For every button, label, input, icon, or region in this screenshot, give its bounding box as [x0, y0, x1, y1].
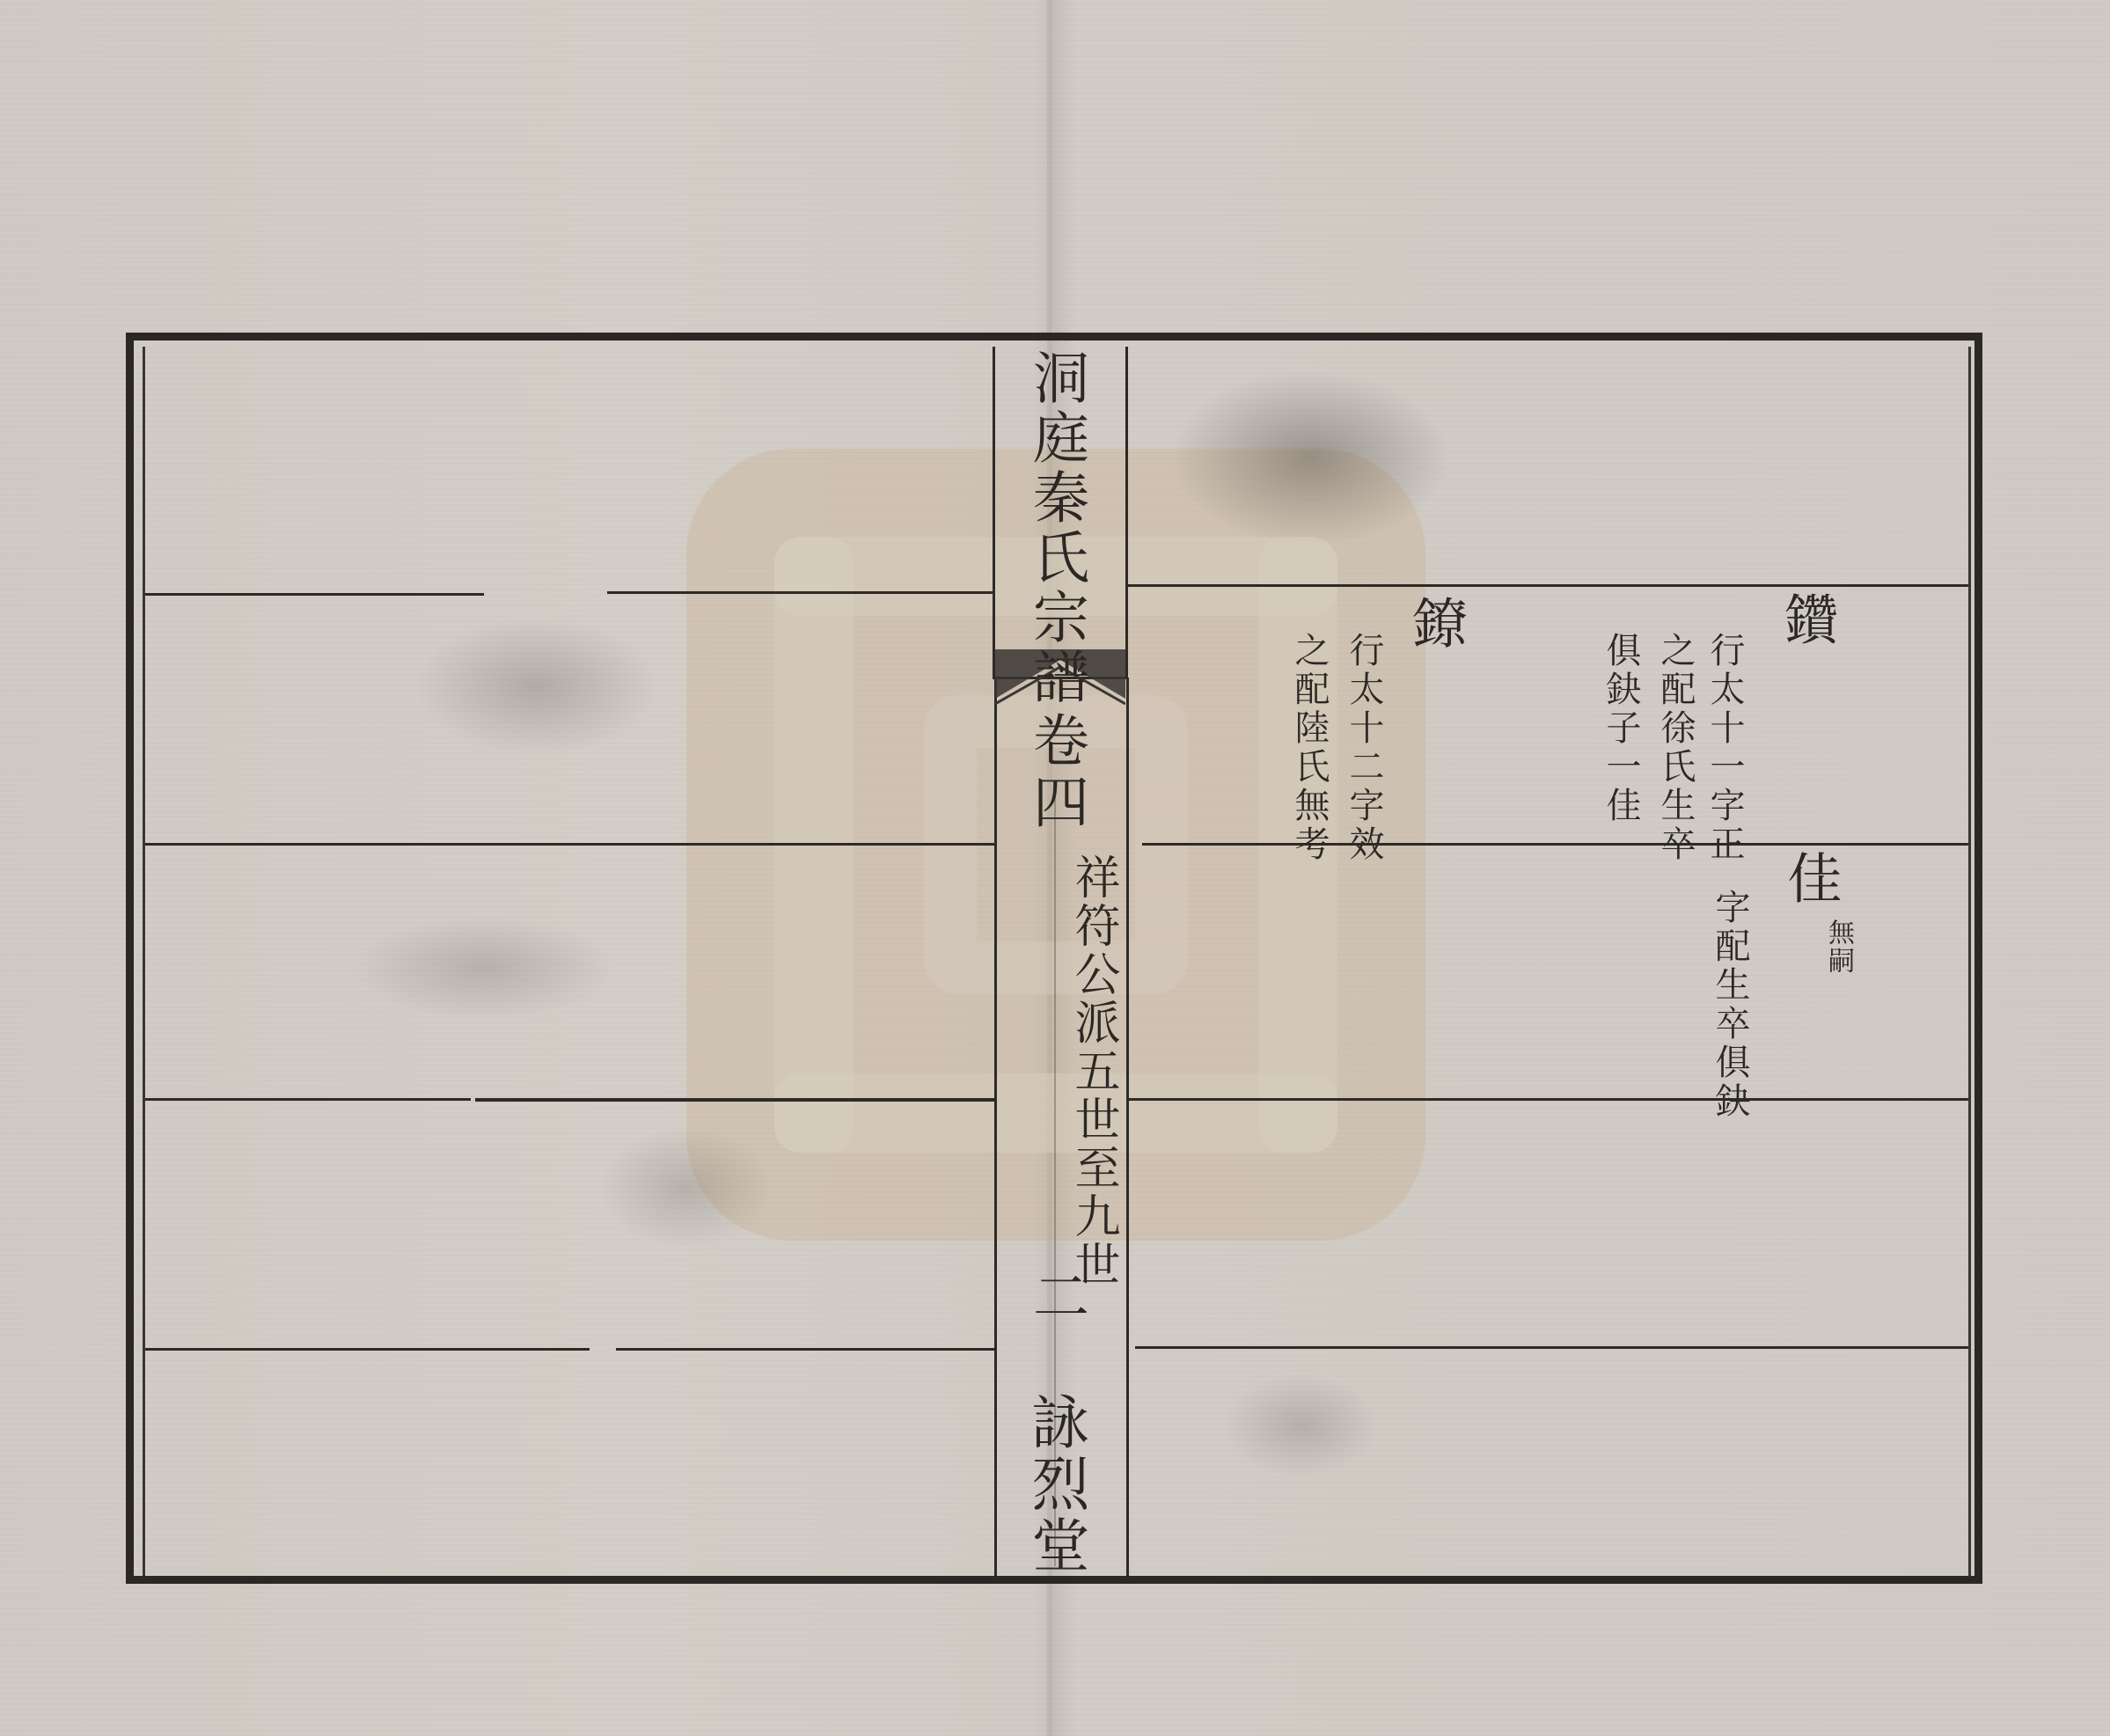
volume-label: 卷四: [1028, 711, 1084, 834]
entry-line: 字配生卒俱鈌: [1712, 889, 1747, 1121]
entry-name: 鐐: [1408, 595, 1462, 649]
entry-line: 俱鈌子一佳: [1603, 632, 1638, 825]
branch-range: 祥符公派五世至九世: [1070, 853, 1116, 1289]
left-rule-4: [145, 1348, 590, 1351]
left-rule-2: [145, 843, 994, 846]
left-rule-4b: [616, 1348, 994, 1351]
left-rule-1: [145, 593, 484, 596]
ink-bleed: [414, 616, 660, 757]
right-rule-4: [1135, 1346, 1968, 1349]
left-rule-1b: [607, 591, 994, 594]
right-rule-3: [1128, 1098, 1968, 1101]
entry-line: 行太十一字正: [1707, 632, 1742, 864]
center-left-line: [994, 678, 997, 1577]
page-number: 二: [1028, 1267, 1084, 1323]
hall-name: 詠烈堂: [1026, 1392, 1084, 1577]
ink-bleed: [352, 915, 616, 1021]
book-title: 洞庭秦氏宗譜: [1028, 348, 1084, 707]
ink-bleed: [1223, 1373, 1381, 1478]
entry-line: 之配陸氏無考: [1292, 632, 1327, 864]
entry-name: 鑽: [1779, 591, 1834, 646]
ink-bleed: [598, 1126, 774, 1249]
ink-bleed: [1170, 370, 1452, 546]
entry-note: 無嗣: [1825, 919, 1851, 975]
right-rule-2: [1142, 843, 1968, 846]
entry-line: 行太十二字效: [1346, 632, 1381, 864]
entry-line: 之配徐氏生卒: [1658, 632, 1693, 864]
entry-name: 佳: [1783, 850, 1837, 905]
left-rule-3: [145, 1098, 471, 1101]
center-right-line: [1126, 678, 1129, 1577]
left-rule-3b: [475, 1098, 994, 1102]
right-rule-1: [1128, 584, 1968, 587]
